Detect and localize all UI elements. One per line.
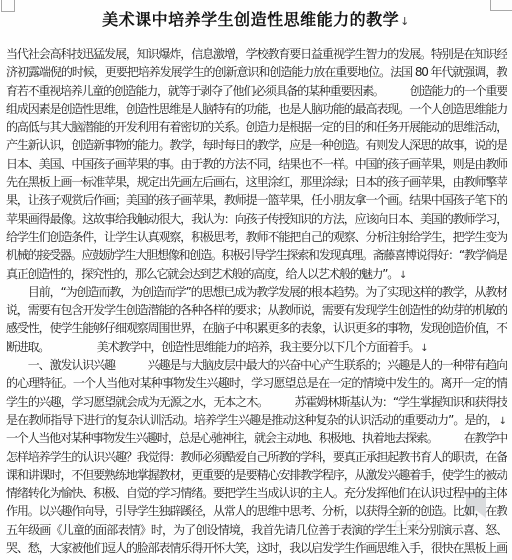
text-line-content: 济初露端倪的时候，更要把培养发展学生的创新意识和创造能力放在重要地位。法国 80… <box>6 65 507 79</box>
text-line: 育若不重视培养儿童的创造能力，就等于剥夺了他们必须具备的某种重要因素。 创造能力… <box>6 82 507 100</box>
text-line-content: 感受性，使学生能够仔细观察周围世界，在脑子中积累更多的表象，认识更多的事物，发现… <box>6 321 507 335</box>
document-title-text: 美术课中培养学生创造性思维能力的教学 <box>102 10 399 29</box>
text-line: 的高低与其大脑潜能的开发利用有着密切的关系。创造力是根据一定的目的和任务开展能动… <box>6 118 507 136</box>
text-line: 感受性，使学生能够仔细观察周围世界，在脑子中积累更多的表象，认识更多的事物，发现… <box>6 319 507 337</box>
text-line: 产生新认识，创造新事物的能力。教学，每时每日的教学，应是一种创造。有则发人深思的… <box>6 136 507 154</box>
text-line: 给学生们创造条件，让学生认真观察，积极思考，教师不能把自己的观察、分析注射给学生… <box>6 228 507 246</box>
text-line: 作用。以兴趣作向导，引导学生独辟蹊径，从常人的思维中思考、分析，以获得全新的创造… <box>6 502 507 520</box>
text-line: 一、激发认识兴趣 兴趣是与大脑皮层中最大的兴奋中心产生联系的；兴趣是人的一种带有… <box>6 356 507 374</box>
text-line: 当代社会高科技迅猛发展，知识爆炸，信息激增，学校教育要日益重视学生智力的发展。特… <box>6 45 507 63</box>
text-boundary-mark-top-right <box>490 0 512 11</box>
text-line-content: 学生的兴趣，学习愿望就会成为无源之水，无本之木。 苏霍姆林斯基认为：“学生掌握知… <box>6 395 507 411</box>
text-line-content: 怎样培养学生的认识兴趣？我觉得：教师必须酷爱自己所教的学科，要真正承担起教书育人… <box>6 450 507 464</box>
text-line-content: 果，让孩子观赏后作画；美国的孩子画苹果，教师提一篮苹果，任小朋友拿一个画。结果中… <box>6 193 507 207</box>
text-line-content: 情绪转化为愉快、积极、自觉的学习情绪。要把学生当成认识的主人。充分发挥他们在认识… <box>6 486 507 500</box>
text-line-content: 当代社会高科技迅猛发展，知识爆炸，信息激增，学校教育要日益重视学生智力的发展。特… <box>6 47 507 61</box>
text-line-content: 给学生们创造条件，让学生认真观察，积极思考，教师不能把自己的观察、分析注射给学生… <box>6 230 507 244</box>
text-line: 苹果画得最像。这故事给我触动很大，我认为：向孩子传授知识的方法，应该向日本、美国… <box>6 210 507 228</box>
line-break-mark: ↓ <box>498 416 507 427</box>
text-line: 目前，“为创造而教，为创造而学”的思想已成为教学发展的根本趋势。为了实现这样的教… <box>6 283 507 301</box>
text-line: 课和讲课时，不但要熟练地掌握教材，更重要的是要精心安排教学程序，从激发兴趣着手，… <box>6 466 507 484</box>
text-line: 学生的兴趣，学习愿望就会成为无源之水，无本之木。 苏霍姆林斯基认为：“学生掌握知… <box>6 393 507 411</box>
text-line: 说，需要有包含开发学生创造潜能的各种各样的要求；从教师说，需要有发现学生创造性的… <box>6 301 507 319</box>
text-line-content: 苹果画得最像。这故事给我触动很大，我认为：向孩子传授知识的方法，应该向日本、美国… <box>6 212 507 226</box>
text-line-content: 断进取。 美术教学中，创造性思维能力的培养，我主要分以下几个方面着手。 <box>6 340 419 354</box>
text-line-content: 的高低与其大脑潜能的开发利用有着密切的关系。创造力是根据一定的目的和任务开展能动… <box>6 120 507 134</box>
paragraph-mark: ↓ <box>399 15 410 28</box>
text-line-content: 哭、愁，大家被他们逗人的脸部表情乐得开怀大笑，这时，我以启发学生作画思维入手，很… <box>6 541 507 555</box>
text-line: 组成因素是创造性思维，创造性思维是人脑特有的功能，也是人脑功能的最高表现。一个人… <box>6 100 507 118</box>
text-line-content: 一个人当他对某种事物发生兴趣时，总是心驰神往，就会主动地、积极地、执着地去探索。… <box>6 431 507 445</box>
line-break-mark: ↓ <box>419 343 428 354</box>
text-line-content: 是在教师指导下进行的复杂认训活动。培养学生兴趣是推动这种复杂的认识活动的重要动力… <box>6 413 498 427</box>
text-line: 怎样培养学生的认识兴趣？我觉得：教师必须酷爱自己所教的学科，要真正承担起教书育人… <box>6 448 507 466</box>
document-title: 美术课中培养学生创造性思维能力的教学↓ <box>0 7 512 30</box>
text-line-content: 课和讲课时，不但要熟练地掌握教材，更重要的是要精心安排教学程序，从激发兴趣着手，… <box>6 468 507 482</box>
document-page: gco 美术课中培养学生创造性思维能力的教学↓ 当代社会高科技迅猛发展，知识爆炸… <box>0 0 512 560</box>
line-break-mark: ↓ <box>398 270 407 281</box>
text-line: 真正创造性的，探究性的，那么它就会达到艺术般的高度，给人以艺术般的魅力”。↓ <box>6 265 507 283</box>
text-line-content: 日本、美国、中国孩子画苹果的事。由于教的方法不同，结果也不一样。中国的孩子画苹果… <box>6 157 507 171</box>
text-line-content: 真正创造性的，探究性的，那么它就会达到艺术般的高度，给人以艺术般的魅力”。 <box>6 267 398 281</box>
text-line-content: 先在黑板上画一标准苹果，规定出先画左后画右，这里涂红，那里涂绿；日本的孩子画苹果… <box>6 175 507 189</box>
text-line: 的心理特征。一个人当他对某种事物发生兴趣时，学习愿望总是在一定的情境中发生的。离… <box>6 374 507 392</box>
text-line: 日本、美国、中国孩子画苹果的事。由于教的方法不同，结果也不一样。中国的孩子画苹果… <box>6 155 507 173</box>
text-line: 先在黑板上画一标准苹果，规定出先画左后画右，这里涂红，那里涂绿；日本的孩子画苹果… <box>6 173 507 191</box>
text-line: 一个人当他对某种事物发生兴趣时，总是心驰神往，就会主动地、积极地、执着地去探索。… <box>6 429 507 447</box>
text-line: 机械的接受器。应鼓励学生大胆想像和创造。积极引导学生探索和发现真理。斋藤喜博说得… <box>6 246 507 264</box>
text-line: 情绪转化为愉快、积极、自觉的学习情绪。要把学生当成认识的主人。充分发挥他们在认识… <box>6 484 507 502</box>
text-line-content: 育若不重视培养儿童的创造能力，就等于剥夺了他们必须具备的某种重要因素。 创造能力… <box>6 84 507 98</box>
text-line-content: 目前，“为创造而教，为创造而学”的思想已成为教学发展的根本趋势。为了实现这样的教… <box>6 285 507 299</box>
text-line-content: 五年级画《儿童的面部表情》时，为了创设情境，我首先请几位善于表演的学生上来分别演… <box>6 523 507 539</box>
document-body: 当代社会高科技迅猛发展，知识爆炸，信息激增，学校教育要日益重视学生智力的发展。特… <box>6 45 507 557</box>
text-line: 是在教师指导下进行的复杂认训活动。培养学生兴趣是推动这种复杂的认识活动的重要动力… <box>6 411 507 429</box>
text-line: 哭、愁，大家被他们逗人的脸部表情乐得开怀大笑，这时，我以启发学生作画思维入手，很… <box>6 539 507 557</box>
text-boundary-mark-top-left <box>1 0 15 12</box>
text-line-content: 产生新认识，创造新事物的能力。教学，每时每日的教学，应是一种创造。有则发人深思的… <box>6 138 507 152</box>
text-line: 五年级画《儿童的面部表情》时，为了创设情境，我首先请几位善于表演的学生上来分别演… <box>6 521 507 539</box>
text-line-content: 的心理特征。一个人当他对某种事物发生兴趣时，学习愿望总是在一定的情境中发生的。离… <box>6 376 507 392</box>
text-line: 果，让孩子观赏后作画；美国的孩子画苹果，教师提一篮苹果，任小朋友拿一个画。结果中… <box>6 191 507 209</box>
text-line: 济初露端倪的时候，更要把培养发展学生的创新意识和创造能力放在重要地位。法国 80… <box>6 63 507 81</box>
text-line-content: 机械的接受器。应鼓励学生大胆想像和创造。积极引导学生探索和发现真理。斋藤喜博说得… <box>6 248 507 262</box>
text-line: 断进取。 美术教学中，创造性思维能力的培养，我主要分以下几个方面着手。↓ <box>6 338 507 356</box>
text-line-content: 一、激发认识兴趣 兴趣是与大脑皮层中最大的兴奋中心产生联系的；兴趣是人的一种带有… <box>6 358 507 374</box>
text-line-content: 组成因素是创造性思维，创造性思维是人脑特有的功能，也是人脑功能的最高表现。一个人… <box>6 102 507 116</box>
text-line-content: 说，需要有包含开发学生创造潜能的各种各样的要求；从教师说，需要有发现学生创造性的… <box>6 303 507 317</box>
text-line-content: 作用。以兴趣作向导，引导学生独辟蹊径，从常人的思维中思考、分析，以获得全新的创造… <box>6 504 507 518</box>
